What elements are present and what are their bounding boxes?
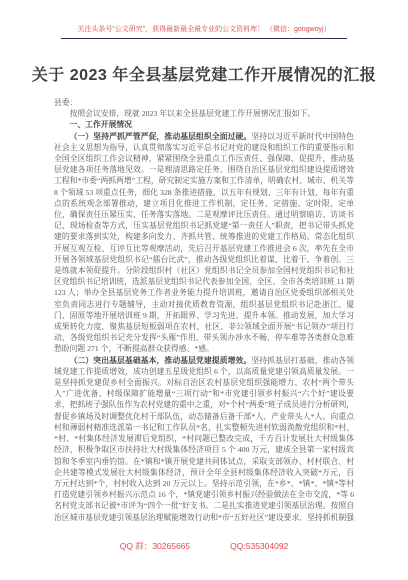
- paragraph-1: （一）坚持严抓严管严促，推动基层组织全面过硬。坚持以习近平新时代中国特色社会主义…: [54, 131, 354, 355]
- document-page: 关注头条号“公文研究”，获得最新最全最专业的公文资料库！ （微信：gongwoy…: [0, 0, 408, 580]
- header-promo-text: 关注头条号“公文研究”，获得最新最全最专业的公文资料库！ （微信：gongwoy…: [77, 26, 330, 33]
- footer-contact: QQ 群：30265665QQ:535304092: [0, 540, 408, 552]
- document-body: 县委： 按照会议安排，现就 2023 年以来全县基层党建工作开展情况汇报如下。 …: [54, 97, 354, 521]
- salutation: 县委：: [54, 97, 354, 108]
- qq-group-number: 30265665: [152, 541, 190, 551]
- paragraph-1-text: 坚持以习近平新时代中国特色社会主义思想为指导，认真贯彻落实习近平总书记对党的建设…: [54, 132, 354, 354]
- qq-number: 535304092: [246, 541, 289, 551]
- paragraph-2: （二）突出基层基础基本，推动基层党建提质增效。坚持抓基层打基础，推动各领域党建工…: [54, 355, 354, 521]
- document-title: 关于 2023 年全县基层党建工作开展情况的汇报: [0, 62, 408, 85]
- paragraph-2-text: 坚持抓基层打基础，推动各领域党建工作提质增效，成功创建五星级党组织 6 个，以高…: [54, 356, 354, 521]
- header-promo-banner: 关注头条号“公文研究”，获得最新最全最专业的公文资料库！ （微信：gongwoy…: [61, 24, 347, 39]
- section-heading-1: 一、工作开展情况: [54, 119, 354, 130]
- intro-paragraph: 按照会议安排，现就 2023 年以来全县基层党建工作开展情况汇报如下。: [54, 108, 354, 119]
- paragraph-2-lead: （二）突出基层基础基本，推动基层党建提质增效。: [70, 356, 252, 365]
- qq-label: QQ:: [230, 541, 246, 551]
- qq-group-label: QQ 群：: [120, 541, 153, 551]
- paragraph-1-lead: （一）坚持严抓严管严促，推动基层组织全面过硬。: [70, 132, 252, 141]
